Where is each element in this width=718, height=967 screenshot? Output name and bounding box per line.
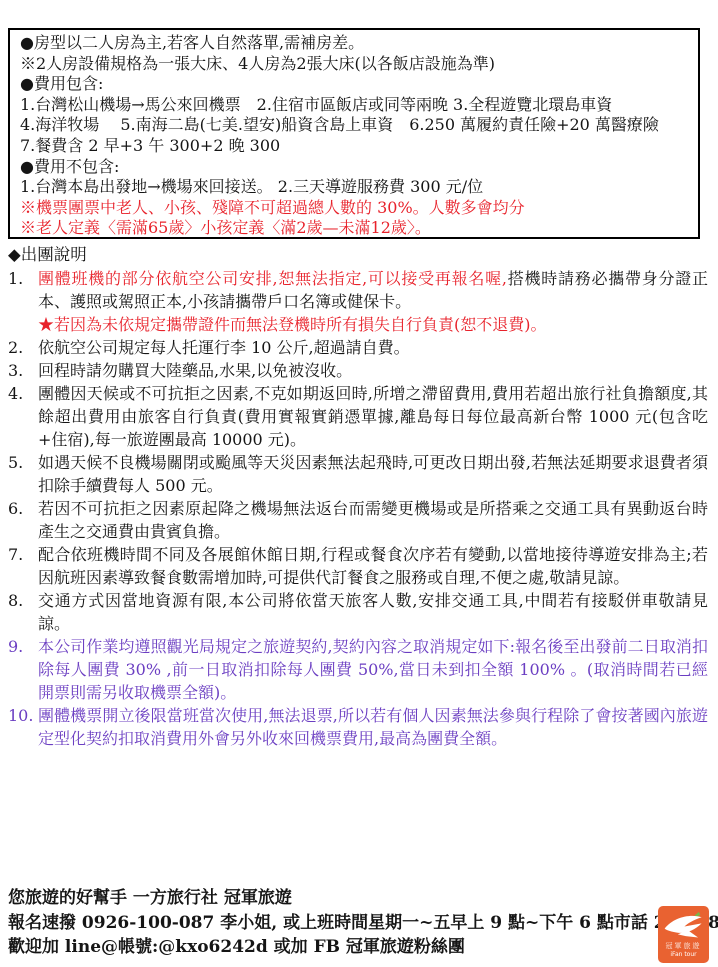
note-text-segment: 團體班機的部分依航空公司安排,恕無法指定,可以接受再報名喔,	[38, 269, 507, 288]
note-item: 4.團體因天候或不可抗拒之因素,不克如期返回時,所增之滯留費用,費用若超出旅行社…	[8, 382, 708, 451]
footer-contact: 您旅遊的好幫手 一方旅行社 冠軍旅遊報名速撥 0926-100-087 李小姐,…	[8, 886, 648, 960]
note-text-segment: 交通方式因當地資源有限,本公司將依當天旅客人數,安排交通工具,中間若有接駁併車敬…	[38, 591, 708, 633]
note-text-segment: 回程時請勿購買大陸藥品,水果,以免被沒收。	[38, 361, 352, 380]
footer-line: 歡迎加 line@帳號:@kxo6242d 或加 FB 冠軍旅遊粉絲團	[8, 935, 648, 960]
info-box-line: ●費用包含:	[20, 74, 688, 95]
note-item-number: 2.	[8, 336, 38, 359]
note-warning-line: ★若因為未依規定攜帶證件而無法登機時所有損失自行負責(恕不退費)。	[38, 313, 708, 336]
document-page: ●房型以二人房為主,若客人自然落單,需補房差。※2人房設備規格為一張大床、4人房…	[0, 0, 718, 967]
note-item-text: 回程時請勿購買大陸藥品,水果,以免被沒收。	[38, 359, 708, 382]
note-item-text: 依航空公司規定每人托運行李 10 公斤,超過請自費。	[38, 336, 708, 359]
footer-line: 您旅遊的好幫手 一方旅行社 冠軍旅遊	[8, 886, 648, 911]
note-item: 7.配合依班機時間不同及各展館休館日期,行程或餐食次序若有變動,以當地接待導遊安…	[8, 543, 708, 589]
note-item: 6.若因不可抗拒之因素原起降之機場無法返台而需變更機場或是所搭乘之交通工具有異動…	[8, 497, 708, 543]
info-box-line: 1.台灣松山機場→馬公來回機票 2.住宿市區飯店或同等兩晚 3.全程遊覽北環島車…	[20, 95, 688, 116]
note-item-number: 10.	[8, 704, 38, 727]
note-text-segment: 依航空公司規定每人托運行李 10 公斤,超過請自費。	[38, 338, 410, 357]
note-text-segment: 配合依班機時間不同及各展館休館日期,行程或餐食次序若有變動,以當地接待導遊安排為…	[38, 545, 708, 587]
note-item: 3.回程時請勿購買大陸藥品,水果,以免被沒收。	[8, 359, 708, 382]
tour-notes-heading: ◆出團說明	[8, 243, 708, 266]
note-item-text: 交通方式因當地資源有限,本公司將依當天旅客人數,安排交通工具,中間若有接駁併車敬…	[38, 589, 708, 635]
logo-title-cn: 冠軍旅遊	[666, 942, 702, 951]
info-box-line: 1.台灣本島出發地→機場來回接送。 2.三天導遊服務費 300 元/位	[20, 177, 688, 198]
note-item: 2.依航空公司規定每人托運行李 10 公斤,超過請自費。	[8, 336, 708, 359]
info-box-line: ●房型以二人房為主,若客人自然落單,需補房差。	[20, 33, 688, 54]
note-item-text: 團體因天候或不可抗拒之因素,不克如期返回時,所增之滯留費用,費用若超出旅行社負擔…	[38, 382, 708, 451]
note-text-segment: 如遇天候不良機場關閉或颱風等天災因素無法起飛時,可更改日期出發,若無法延期要求退…	[38, 453, 708, 495]
note-item: 9.本公司作業均遵照觀光局規定之旅遊契約,契約內容之取消規定如下:報名後至出發前…	[8, 635, 708, 704]
tour-notes-list: 1.團體班機的部分依航空公司安排,恕無法指定,可以接受再報名喔,搭機時請務必攜帶…	[8, 267, 708, 750]
info-box-line: ※2人房設備規格為一張大床、4人房為2張大床(以各飯店設施為準)	[20, 54, 688, 75]
note-item-number: 3.	[8, 359, 38, 382]
info-box-line: 4.海洋牧場 5.南海二島(七美.望安)船資含島上車資 6.250 萬履約責任險…	[20, 115, 688, 136]
note-item-number: 1.	[8, 267, 38, 290]
info-box-line: 7.餐費含 2 早+3 午 300+2 晚 300	[20, 136, 688, 157]
note-item-number: 5.	[8, 451, 38, 474]
note-item-number: 7.	[8, 543, 38, 566]
footer-line: 報名速撥 0926-100-087 李小姐, 或上班時間星期一~五早上 9 點~…	[8, 911, 648, 936]
note-item-text: 若因不可抗拒之因素原起降之機場無法返台而需變更機場或是所搭乘之交通工具有異動返台…	[38, 497, 708, 543]
note-item-text: 本公司作業均遵照觀光局規定之旅遊契約,契約內容之取消規定如下:報名後至出發前二日…	[38, 635, 708, 704]
note-item: 5.如遇天候不良機場關閉或颱風等天災因素無法起飛時,可更改日期出發,若無法延期要…	[8, 451, 708, 497]
note-item-number: 8.	[8, 589, 38, 612]
note-item: 8.交通方式因當地資源有限,本公司將依當天旅客人數,安排交通工具,中間若有接駁併…	[8, 589, 708, 635]
note-text-segment: 本公司作業均遵照觀光局規定之旅遊契約,契約內容之取消規定如下:報名後至出發前二日…	[38, 637, 708, 702]
note-text-segment: 若因不可抗拒之因素原起降之機場無法返台而需變更機場或是所搭乘之交通工具有異動返台…	[38, 499, 708, 541]
note-text-segment: 團體機票開立後限當班當次使用,無法退票,所以若有個人因素無法參與行程除了會按著國…	[38, 706, 708, 748]
info-box-line: ※老人定義〈需滿65歲〉小孩定義〈滿2歲—未滿12歲〉。	[20, 218, 688, 239]
note-item-number: 6.	[8, 497, 38, 520]
note-item-text: 團體班機的部分依航空公司安排,恕無法指定,可以接受再報名喔,搭機時請務必攜帶身分…	[38, 267, 708, 336]
note-item: 1.團體班機的部分依航空公司安排,恕無法指定,可以接受再報名喔,搭機時請務必攜帶…	[8, 267, 708, 336]
note-item-text: 配合依班機時間不同及各展館休館日期,行程或餐食次序若有變動,以當地接待導遊安排為…	[38, 543, 708, 589]
note-item: 10.團體機票開立後限當班當次使用,無法退票,所以若有個人因素無法參與行程除了會…	[8, 704, 708, 750]
note-item-number: 4.	[8, 382, 38, 405]
logo-title-en: iFan tour	[670, 951, 696, 959]
company-logo: 冠軍旅遊 iFan tour	[658, 906, 709, 963]
fees-info-box: ●房型以二人房為主,若客人自然落單,需補房差。※2人房設備規格為一張大床、4人房…	[8, 28, 700, 239]
tour-notes-section: ◆出團說明 1.團體班機的部分依航空公司安排,恕無法指定,可以接受再報名喔,搭機…	[8, 243, 708, 750]
note-item-text: 如遇天候不良機場關閉或颱風等天災因素無法起飛時,可更改日期出發,若無法延期要求退…	[38, 451, 708, 497]
note-item-number: 9.	[8, 635, 38, 658]
note-item-text: 團體機票開立後限當班當次使用,無法退票,所以若有個人因素無法參與行程除了會按著國…	[38, 704, 708, 750]
info-box-line: ※機票團票中老人、小孩、殘障不可超過總人數的 30%。人數多會均分	[20, 198, 688, 219]
swallow-bird-icon	[662, 910, 706, 942]
note-text-segment: 團體因天候或不可抗拒之因素,不克如期返回時,所增之滯留費用,費用若超出旅行社負擔…	[38, 384, 708, 449]
info-box-line: ●費用不包含:	[20, 157, 688, 178]
